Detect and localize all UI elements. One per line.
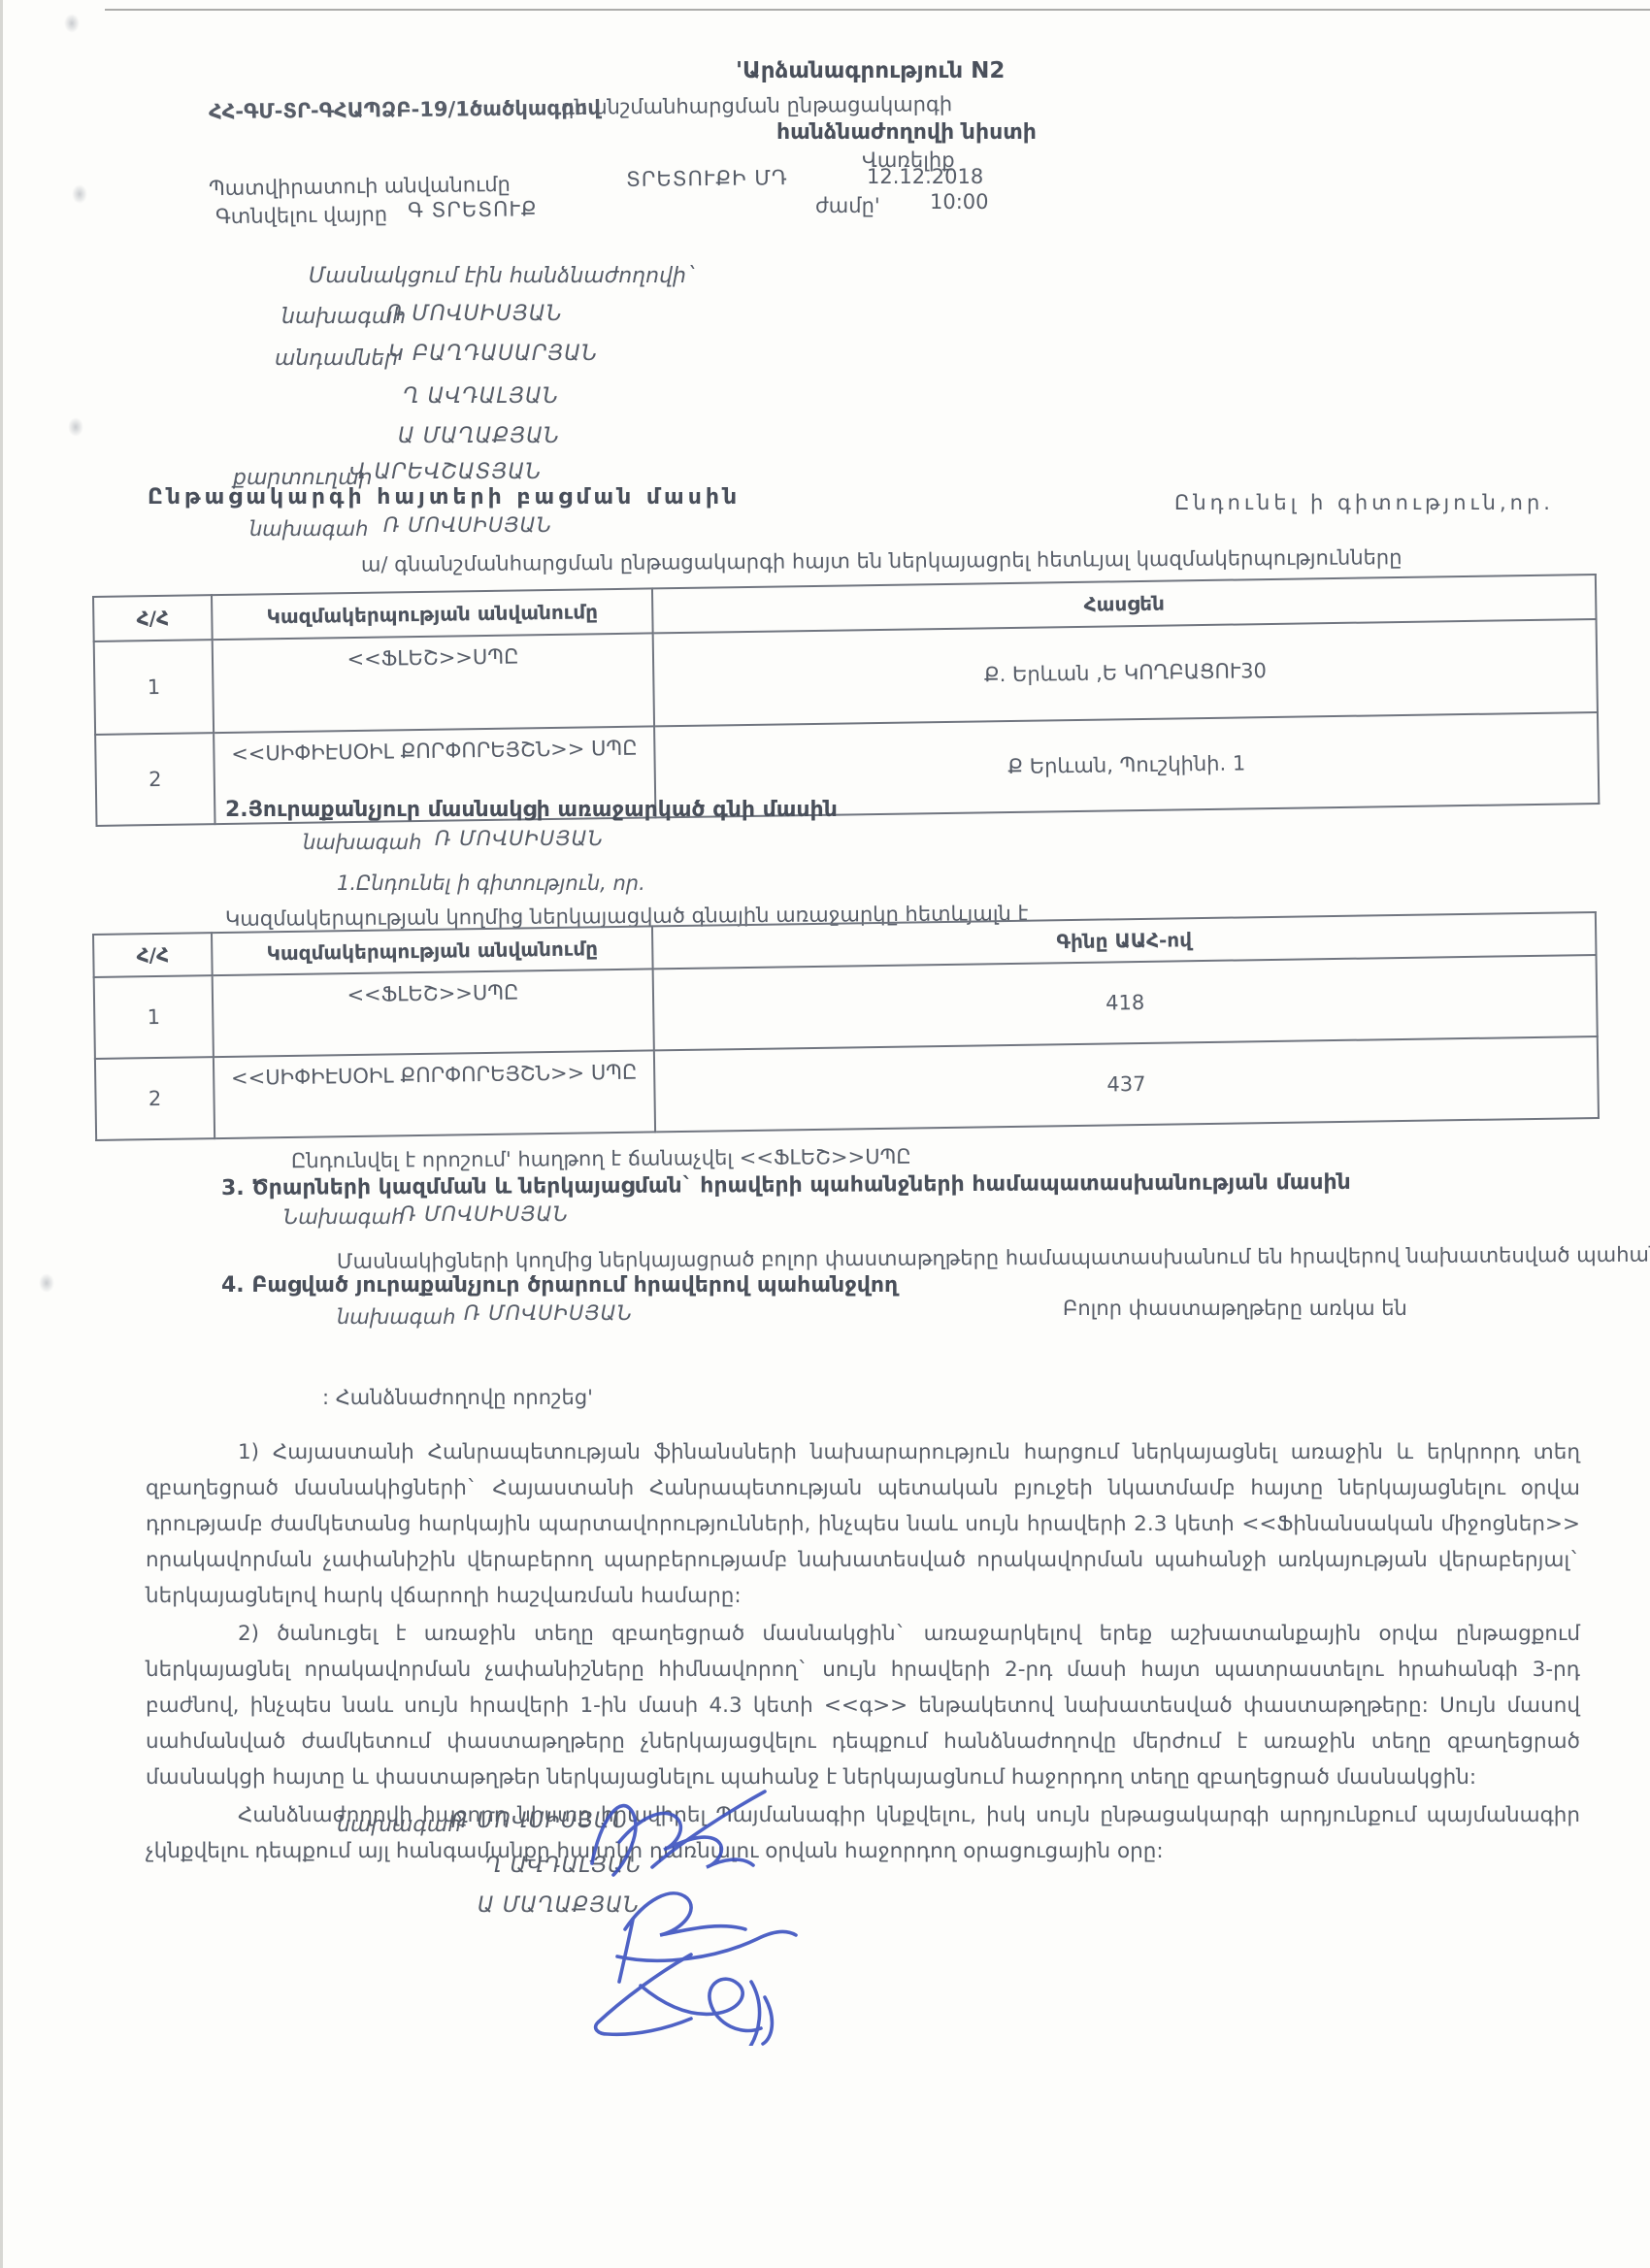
location-value: Գ ՏՐԵՏՈՒՔ <box>408 197 538 221</box>
row-name: <<ՍԻՓԻԷՍՕԻԼ ՔՈՐՓՈՐԵՅՇՆ>> ՍՊԸ <box>214 1050 655 1138</box>
member-name: Ղ ԱՎԴԱԼՅԱՆ <box>403 384 559 409</box>
col-header-no: Հ/Հ <box>93 933 213 977</box>
row-price: 437 <box>654 1036 1599 1132</box>
location-label: Գտնվելու վայրը <box>215 203 387 228</box>
scan-smudge <box>39 1273 54 1293</box>
section4-chairman-label: նախագահ <box>337 1305 455 1329</box>
section1-chairman-label: նախագահ <box>249 517 368 541</box>
bidders-table: Հ/Հ Կազմակերպության անվանումը Հասցեն 1 <… <box>92 574 1600 827</box>
member-name: Ա ՄԱՂԱՔՅԱՆ <box>398 424 560 448</box>
row-no: 1 <box>94 640 214 735</box>
section4-title: 4. Բացված յուրաքանչյուր ծրարում հրավերով… <box>221 1273 898 1298</box>
section2-title: 2.Յուրաքանչյուր մասնակցի առաջարկած գնի մ… <box>225 798 838 822</box>
time-label: ժամը' <box>815 194 880 217</box>
row-address: Ք. Երևան ,Ե ԿՈՂԲԱՑՈՒ30 <box>653 619 1598 726</box>
row-name: <<ՖԼԵՇ>>ՍՊԸ <box>213 633 654 733</box>
participants-intro: Մասնակցում էին հանձնաժողովի` <box>309 264 697 288</box>
procedure-code: ՀՀ-ԳՄ-ՏՐ-ԳՀԱՊՁԲ-19/1ծածկագրով <box>209 96 601 123</box>
winner-decision: Ընդունվել է որոշում' հաղթող է ճանաչվել <… <box>291 1145 911 1172</box>
members-label: անդամներ <box>275 346 398 371</box>
section2-chairman-name: Ռ ՄՈՎՍԻՍՅԱՆ <box>435 827 604 850</box>
col-header-name: Կազմակերպության անվանումը <box>212 926 653 975</box>
section1-intro: ա/ գնանշմանհարցման ընթացակարգի հայտ են ն… <box>361 545 1402 575</box>
section1-note-right: Ընդունել ի գիտություն,որ. <box>1174 491 1554 514</box>
session-date: 12.12.2018 <box>867 165 983 188</box>
section3-title: 3. Ծրարների կազմման և ներկայացման` հրավե… <box>221 1170 1351 1200</box>
signature-chairman-label: նախագահ <box>337 1813 461 1837</box>
row-no: 2 <box>95 733 214 826</box>
section4-chairman-name: Ռ ՄՈՎՍԻՍՅԱՆ <box>464 1301 633 1325</box>
protocol-title: 'Արձանագրություն N2 <box>736 58 1005 83</box>
scan-smudge <box>64 14 80 33</box>
scan-top-edge-line <box>105 9 1650 11</box>
row-no: 1 <box>94 975 214 1059</box>
scan-smudge <box>72 184 87 204</box>
section3-chairman-label: Նախագահ <box>283 1205 404 1229</box>
section3-body: Մասնակիցների կողմից ներկայացրած բոլոր փա… <box>337 1242 1650 1273</box>
time-value: 10:00 <box>930 190 989 214</box>
section3-chairman-name: Ռ ՄՈՎՍԻՍՅԱՆ <box>400 1202 569 1226</box>
commission-session-label: հանձնաժողովի նիստի <box>776 120 1037 145</box>
customer-label: Պատվիրատուի անվանումը <box>209 173 511 200</box>
prices-table: Հ/Հ Կազմակերպության անվանումը Գինը ԱԱՀ-ո… <box>92 911 1600 1141</box>
section1-chairman-name: Ռ ՄՈՎՍԻՍՅԱՆ <box>383 513 552 537</box>
row-price: 418 <box>653 955 1598 1050</box>
row-name: <<ՖԼԵՇ>>ՍՊԸ <box>213 969 654 1057</box>
col-header-name: Կազմակերպության անվանումը <box>212 588 653 640</box>
decisions-heading: : Հանձնաժողովը որոշեց' <box>322 1386 593 1409</box>
decision-paragraph-2: 2) ծանուցել է առաջին տեղը զբաղեցրած մասն… <box>146 1616 1580 1795</box>
section2-note: 1.Ընդունել ի գիտություն, որ. <box>337 871 645 895</box>
chairman-name: Ռ ՄՈՎՍԻՍՅԱՆ <box>386 302 563 326</box>
col-header-no: Հ/Հ <box>93 595 213 641</box>
secretary-name: Վ ԱՐԵՎՇԱՏՅԱՆ <box>349 460 542 484</box>
procedure-type: գնանշմանհարցման ընթացակարգի <box>561 92 952 119</box>
member-name: Կ ԲԱՂԴԱՍԱՐՅԱՆ <box>388 342 598 366</box>
customer-value: ՏՐԵՏՈՒՔԻ ՄԴ <box>626 166 788 191</box>
scan-smudge <box>68 417 83 437</box>
scanned-protocol-page: 'Արձանագրություն N2 ՀՀ-ԳՄ-ՏՐ-ԳՀԱՊՁԲ-19/1… <box>0 0 1650 2268</box>
section4-note-right: Բոլոր փաստաթղթերը առկա են <box>1063 1297 1407 1320</box>
scan-left-edge <box>0 0 3 2268</box>
decision-paragraph-1: 1) Հայաստանի Հանրապետության ֆինանսների ն… <box>146 1434 1580 1614</box>
signature-ink <box>536 1774 866 2046</box>
section2-chairman-label: նախագահ <box>303 831 421 854</box>
section1-title: Ընթացակարգի հայտերի բացման մասին <box>148 485 741 509</box>
row-no: 2 <box>95 1057 214 1140</box>
